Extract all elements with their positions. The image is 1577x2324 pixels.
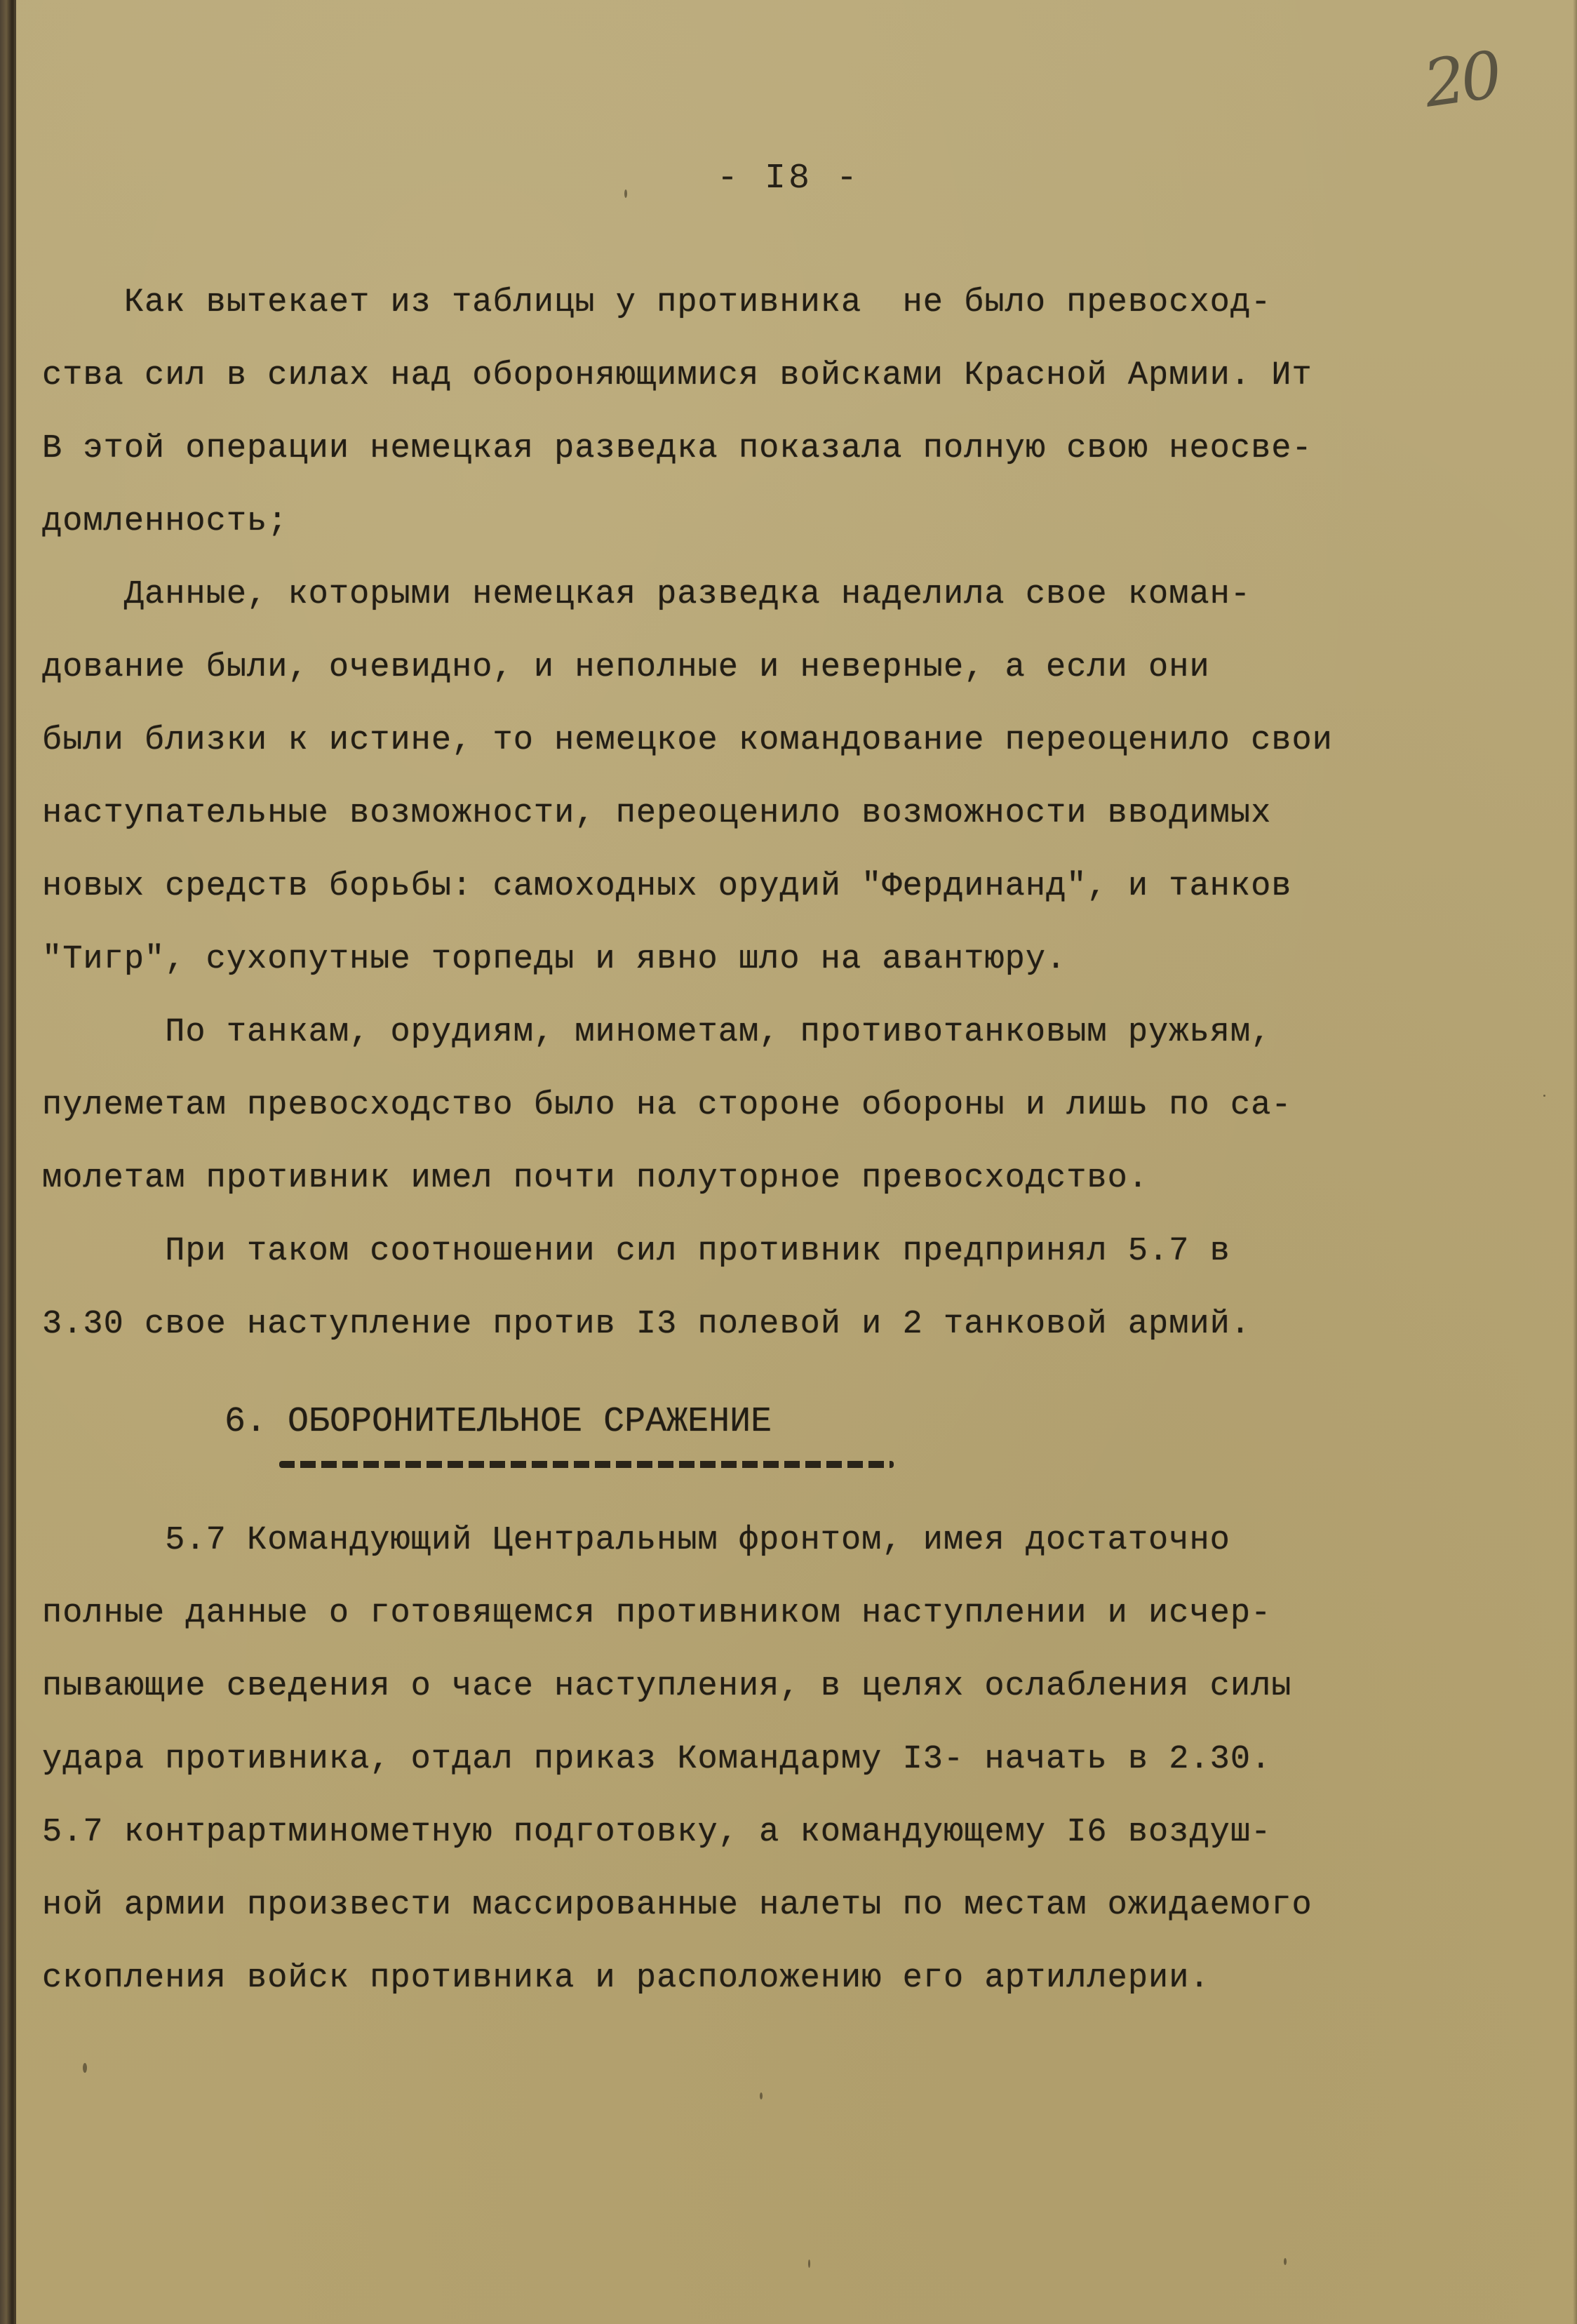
text-line: дование были, очевидно, и неполные и нев… [42, 632, 1550, 704]
paper-speck [1543, 1095, 1545, 1097]
paper-speck [1284, 2258, 1287, 2265]
heading-underline [279, 1461, 894, 1468]
text-line: наступательные возможности, переоценило … [42, 777, 1550, 850]
binding-line [14, 0, 16, 2324]
text-line: В этой операции немецкая разведка показа… [42, 413, 1550, 486]
text-line: удара противника, отдал приказ Командарм… [42, 1723, 1550, 1796]
text-line: По танкам, орудиям, минометам, противота… [42, 996, 1550, 1069]
text-line: ной армии произвести массированные налет… [42, 1869, 1550, 1942]
body-text-part-2: 5.7 Командующий Центральным фронтом, име… [42, 1504, 1550, 2015]
paper-speck [83, 2063, 87, 2073]
text-line: Как вытекает из таблицы у противника не … [42, 267, 1550, 340]
text-line: пулеметам превосходство было на стороне … [42, 1069, 1550, 1142]
text-line: 3.30 свое наступление против I3 полевой … [42, 1288, 1550, 1361]
text-line: были близки к истине, то немецкое команд… [42, 704, 1550, 777]
paper-speck [808, 2259, 810, 2268]
paper-speck [624, 189, 627, 198]
text-line: домленность; [42, 486, 1550, 559]
handwritten-folio-number: 20 [1419, 37, 1503, 122]
text-line: скопления войск противника и расположени… [42, 1942, 1550, 2015]
section-heading: 6. ОБОРОНИТЕЛЬНОЕ СРАЖЕНИЕ [224, 1402, 772, 1442]
document-scan: 20 - I8 - Как вытекает из таблицы у прот… [0, 0, 1577, 2324]
text-line: 5.7 Командующий Центральным фронтом, име… [42, 1504, 1550, 1577]
text-line: При таком соотношении сил противник пред… [42, 1215, 1550, 1288]
text-line: полные данные о готовящемся противником … [42, 1577, 1550, 1650]
body-text-part-1: Как вытекает из таблицы у противника не … [42, 267, 1550, 1361]
text-line: Данные, которыми немецкая разведка надел… [42, 559, 1550, 632]
binding-edge [0, 0, 14, 2324]
paper-speck [760, 2092, 763, 2099]
text-line: 5.7 контрартминометную подготовку, а ком… [42, 1796, 1550, 1869]
text-line: новых средств борьбы: самоходных орудий … [42, 850, 1550, 923]
page-right-edge [1573, 0, 1577, 2324]
text-line: молетам противник имел почти полуторное … [42, 1142, 1550, 1215]
text-line: пывающие сведения о часе наступления, в … [42, 1650, 1550, 1723]
text-line: ства сил в силах над обороняющимися войс… [42, 340, 1550, 413]
page-number: - I8 - [0, 159, 1577, 199]
text-line: "Тигр", сухопутные торпеды и явно шло на… [42, 923, 1550, 996]
